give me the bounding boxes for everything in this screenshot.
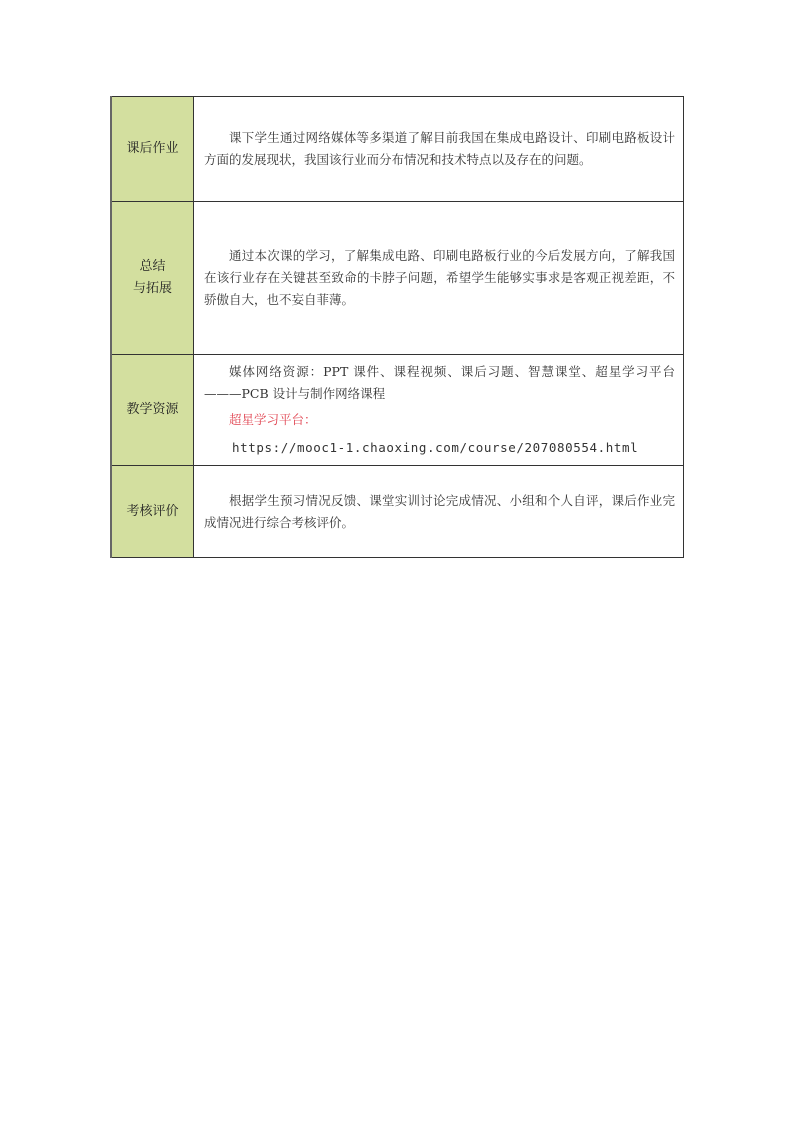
row-content-resources: 媒体网络资源：PPT 课件、课程视频、课后习题、智慧课堂、超星学习平台———PC… xyxy=(194,355,684,466)
row-content-assessment: 根据学生预习情况反馈、课堂实训讨论完成情况、小组和个人自评，课后作业完成情况进行… xyxy=(194,466,684,558)
summary-text: 通过本次课的学习，了解集成电路、印刷电路板行业的今后发展方向，了解我国在该行业存… xyxy=(204,245,675,311)
lesson-plan-table: 课后作业 课下学生通过网络媒体等多渠道了解目前我国在集成电路设计、印刷电路板设计… xyxy=(110,96,684,558)
assessment-text: 根据学生预习情况反馈、课堂实训讨论完成情况、小组和个人自评，课后作业完成情况进行… xyxy=(204,490,675,534)
summary-label-line2: 与拓展 xyxy=(112,278,193,300)
platform-label: 超星学习平台： xyxy=(204,409,675,431)
summary-label-line1: 总结 xyxy=(112,256,193,278)
row-label-assessment: 考核评价 xyxy=(111,466,194,558)
row-content-summary: 通过本次课的学习，了解集成电路、印刷电路板行业的今后发展方向，了解我国在该行业存… xyxy=(194,202,684,355)
table-row-resources: 教学资源 媒体网络资源：PPT 课件、课程视频、课后习题、智慧课堂、超星学习平台… xyxy=(111,355,684,466)
resources-text: 媒体网络资源：PPT 课件、课程视频、课后习题、智慧课堂、超星学习平台———PC… xyxy=(204,361,675,405)
table-row-homework: 课后作业 课下学生通过网络媒体等多渠道了解目前我国在集成电路设计、印刷电路板设计… xyxy=(111,97,684,202)
row-label-resources: 教学资源 xyxy=(111,355,194,466)
homework-text: 课下学生通过网络媒体等多渠道了解目前我国在集成电路设计、印刷电路板设计方面的发展… xyxy=(204,127,675,171)
course-url-link[interactable]: https://mooc1-1.chaoxing.com/course/2070… xyxy=(204,437,675,459)
row-label-summary: 总结 与拓展 xyxy=(111,202,194,355)
row-content-homework: 课下学生通过网络媒体等多渠道了解目前我国在集成电路设计、印刷电路板设计方面的发展… xyxy=(194,97,684,202)
row-label-homework: 课后作业 xyxy=(111,97,194,202)
table-row-assessment: 考核评价 根据学生预习情况反馈、课堂实训讨论完成情况、小组和个人自评，课后作业完… xyxy=(111,466,684,558)
table-row-summary: 总结 与拓展 通过本次课的学习，了解集成电路、印刷电路板行业的今后发展方向，了解… xyxy=(111,202,684,355)
